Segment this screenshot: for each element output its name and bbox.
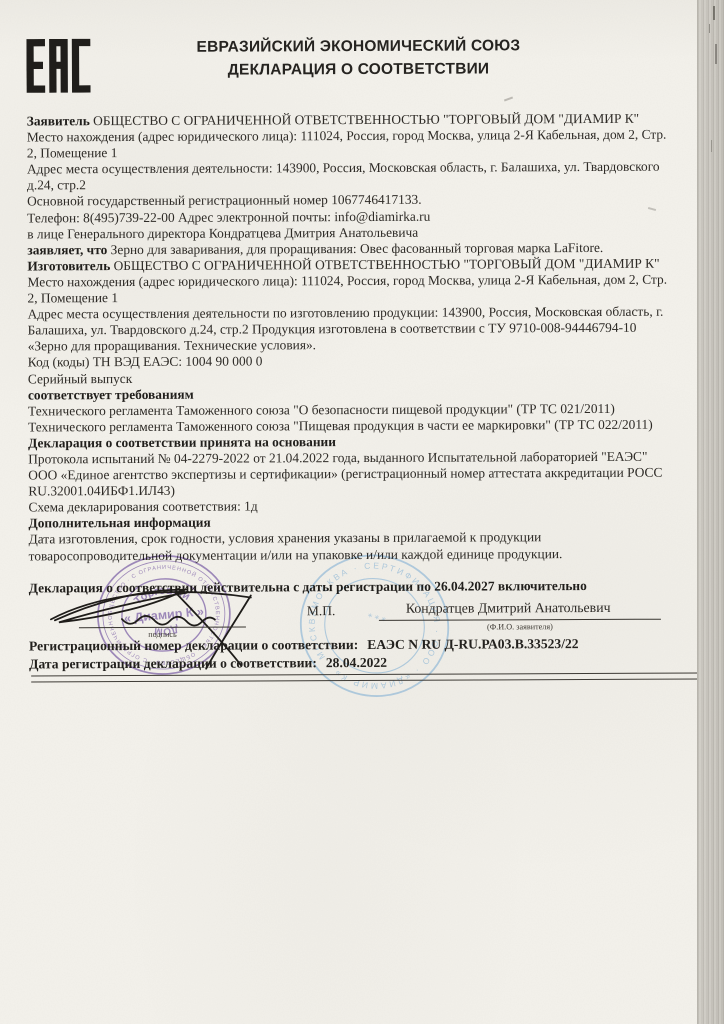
- signer-name-label: (Ф.И.О. заявителя): [379, 622, 661, 632]
- doc-line-text: Технического регламента Таможенного союз…: [28, 417, 653, 435]
- scan-speck: [709, 24, 710, 33]
- signer-name: Кондратцев Дмитрий Анатольевич: [406, 600, 611, 617]
- doc-line-text: Телефон: 8(495)739-22-00 Адрес электронн…: [27, 208, 430, 225]
- doc-line-bold: заявляет, что: [27, 242, 110, 257]
- registration-date-value: 28.04.2022: [326, 655, 387, 670]
- doc-line-bold: Декларация о соответствии принята на осн…: [28, 434, 336, 450]
- document-title-block: ЕВРАЗИЙСКИЙ ЭКОНОМИЧЕСКИЙ СОЮЗ ДЕКЛАРАЦИ…: [138, 37, 578, 80]
- union-title: ЕВРАЗИЙСКИЙ ЭКОНОМИЧЕСКИЙ СОЮЗ: [138, 37, 578, 57]
- doc-line-text: «Зерно для проращивания. Технические усл…: [28, 338, 316, 354]
- scan-speck: [713, 6, 715, 20]
- doc-line-text: Дата изготовления, срок годности, услови…: [29, 530, 542, 547]
- doc-line-bold: Дополнительная информация: [28, 515, 210, 531]
- doc-line-bold: соответствует требованиям: [28, 386, 194, 402]
- doc-line-text: Схема декларирования соответствия: 1д: [28, 499, 257, 515]
- scan-speck: [715, 44, 717, 64]
- eac-logo-icon: [26, 38, 90, 93]
- doc-line-text: Протокола испытаний № 04-2279-2022 от 21…: [28, 449, 647, 467]
- doc-line-text: в лице Генерального директора Кондратцев…: [27, 224, 418, 241]
- signer-name-rule: [379, 619, 661, 621]
- doc-line-text: ОБЩЕСТВО С ОГРАНИЧЕННОЙ ОТВЕТСТВЕННОСТЬЮ…: [93, 111, 639, 128]
- declaration-title: ДЕКЛАРАЦИЯ О СООТВЕТСТВИИ: [138, 60, 578, 80]
- doc-line-text: Серийный выпуск: [28, 371, 132, 386]
- seal-place-label: М.П.: [307, 603, 336, 619]
- doc-line-text: Код (коды) ТН ВЭД ЕАЭС: 1004 90 000 0: [28, 354, 263, 370]
- doc-line: Балашиха, ул. Твардовского д.24, стр.2 П…: [28, 320, 704, 339]
- doc-line-text: Зерно для заваривания, для проращивания:…: [111, 240, 604, 257]
- doc-line: Место нахождения (адрес юридического лиц…: [27, 271, 703, 290]
- registration-date-label: Дата регистрации декларации о соответств…: [29, 655, 317, 671]
- doc-line-text: товаросопроводительной документации и/ил…: [29, 546, 563, 563]
- doc-line-text: д.24, стр.2: [27, 178, 86, 193]
- doc-line: Технического регламента Таможенного союз…: [28, 416, 704, 435]
- doc-line-text: Технического регламента Таможенного союз…: [28, 401, 615, 419]
- scan-speck: [711, 140, 712, 152]
- bottom-double-rule: [31, 673, 701, 683]
- doc-line-text: 2, Помещение 1: [27, 145, 118, 160]
- registration-date-line: Дата регистрации декларации о соответств…: [29, 655, 387, 673]
- doc-line-text: 2, Помещение 1: [27, 290, 118, 305]
- doc-line-text: RU.32001.04ИБФ1.ИЛ43): [28, 483, 175, 499]
- doc-line: Место нахождения (адрес юридического лиц…: [27, 127, 703, 146]
- doc-line-text: Адрес места осуществления деятельности: …: [27, 159, 660, 177]
- doc-line-text: Адрес места осуществления деятельности п…: [28, 304, 664, 322]
- document-content: ЕВРАЗИЙСКИЙ ЭКОНОМИЧЕСКИЙ СОЮЗ ДЕКЛАРАЦИ…: [0, 0, 724, 1024]
- doc-line-text: ОБЩЕСТВО С ОГРАНИЧЕННОЙ ОТВЕТСТВЕННОСТЬЮ…: [114, 256, 660, 273]
- blue-stamp-center-marks: ⁎ ⁎ ⁎: [367, 609, 388, 624]
- registration-number-line: Регистрационный номер декларации о соотв…: [29, 636, 579, 654]
- registration-number-label: Регистрационный номер декларации о соотв…: [29, 637, 358, 653]
- doc-lines: Заявитель ОБЩЕСТВО С ОГРАНИЧЕННОЙ ОТВЕТС…: [27, 111, 705, 597]
- scan-edge-strip: [697, 0, 724, 1024]
- doc-line: ООО «Единое агентство экспертизы и серти…: [28, 465, 704, 484]
- doc-line-bold: Заявитель: [27, 113, 93, 128]
- doc-line-text: Основной государственный регистрационный…: [27, 192, 422, 209]
- doc-line-text: Место нахождения (адрес юридического лиц…: [27, 127, 667, 145]
- doc-line-bold: Изготовитель: [27, 258, 113, 273]
- scanned-declaration-page: ЕВРАЗИЙСКИЙ ЭКОНОМИЧЕСКИЙ СОЮЗ ДЕКЛАРАЦИ…: [0, 0, 724, 1024]
- registration-number-value: ЕАЭС N RU Д-RU.РА03.В.33523/22: [367, 636, 578, 652]
- doc-line-text: Балашиха, ул. Твардовского д.24, стр.2 П…: [28, 320, 637, 338]
- doc-line-text: ООО «Единое агентство экспертизы и серти…: [28, 465, 662, 483]
- doc-line-text: Место нахождения (адрес юридического лиц…: [27, 272, 667, 290]
